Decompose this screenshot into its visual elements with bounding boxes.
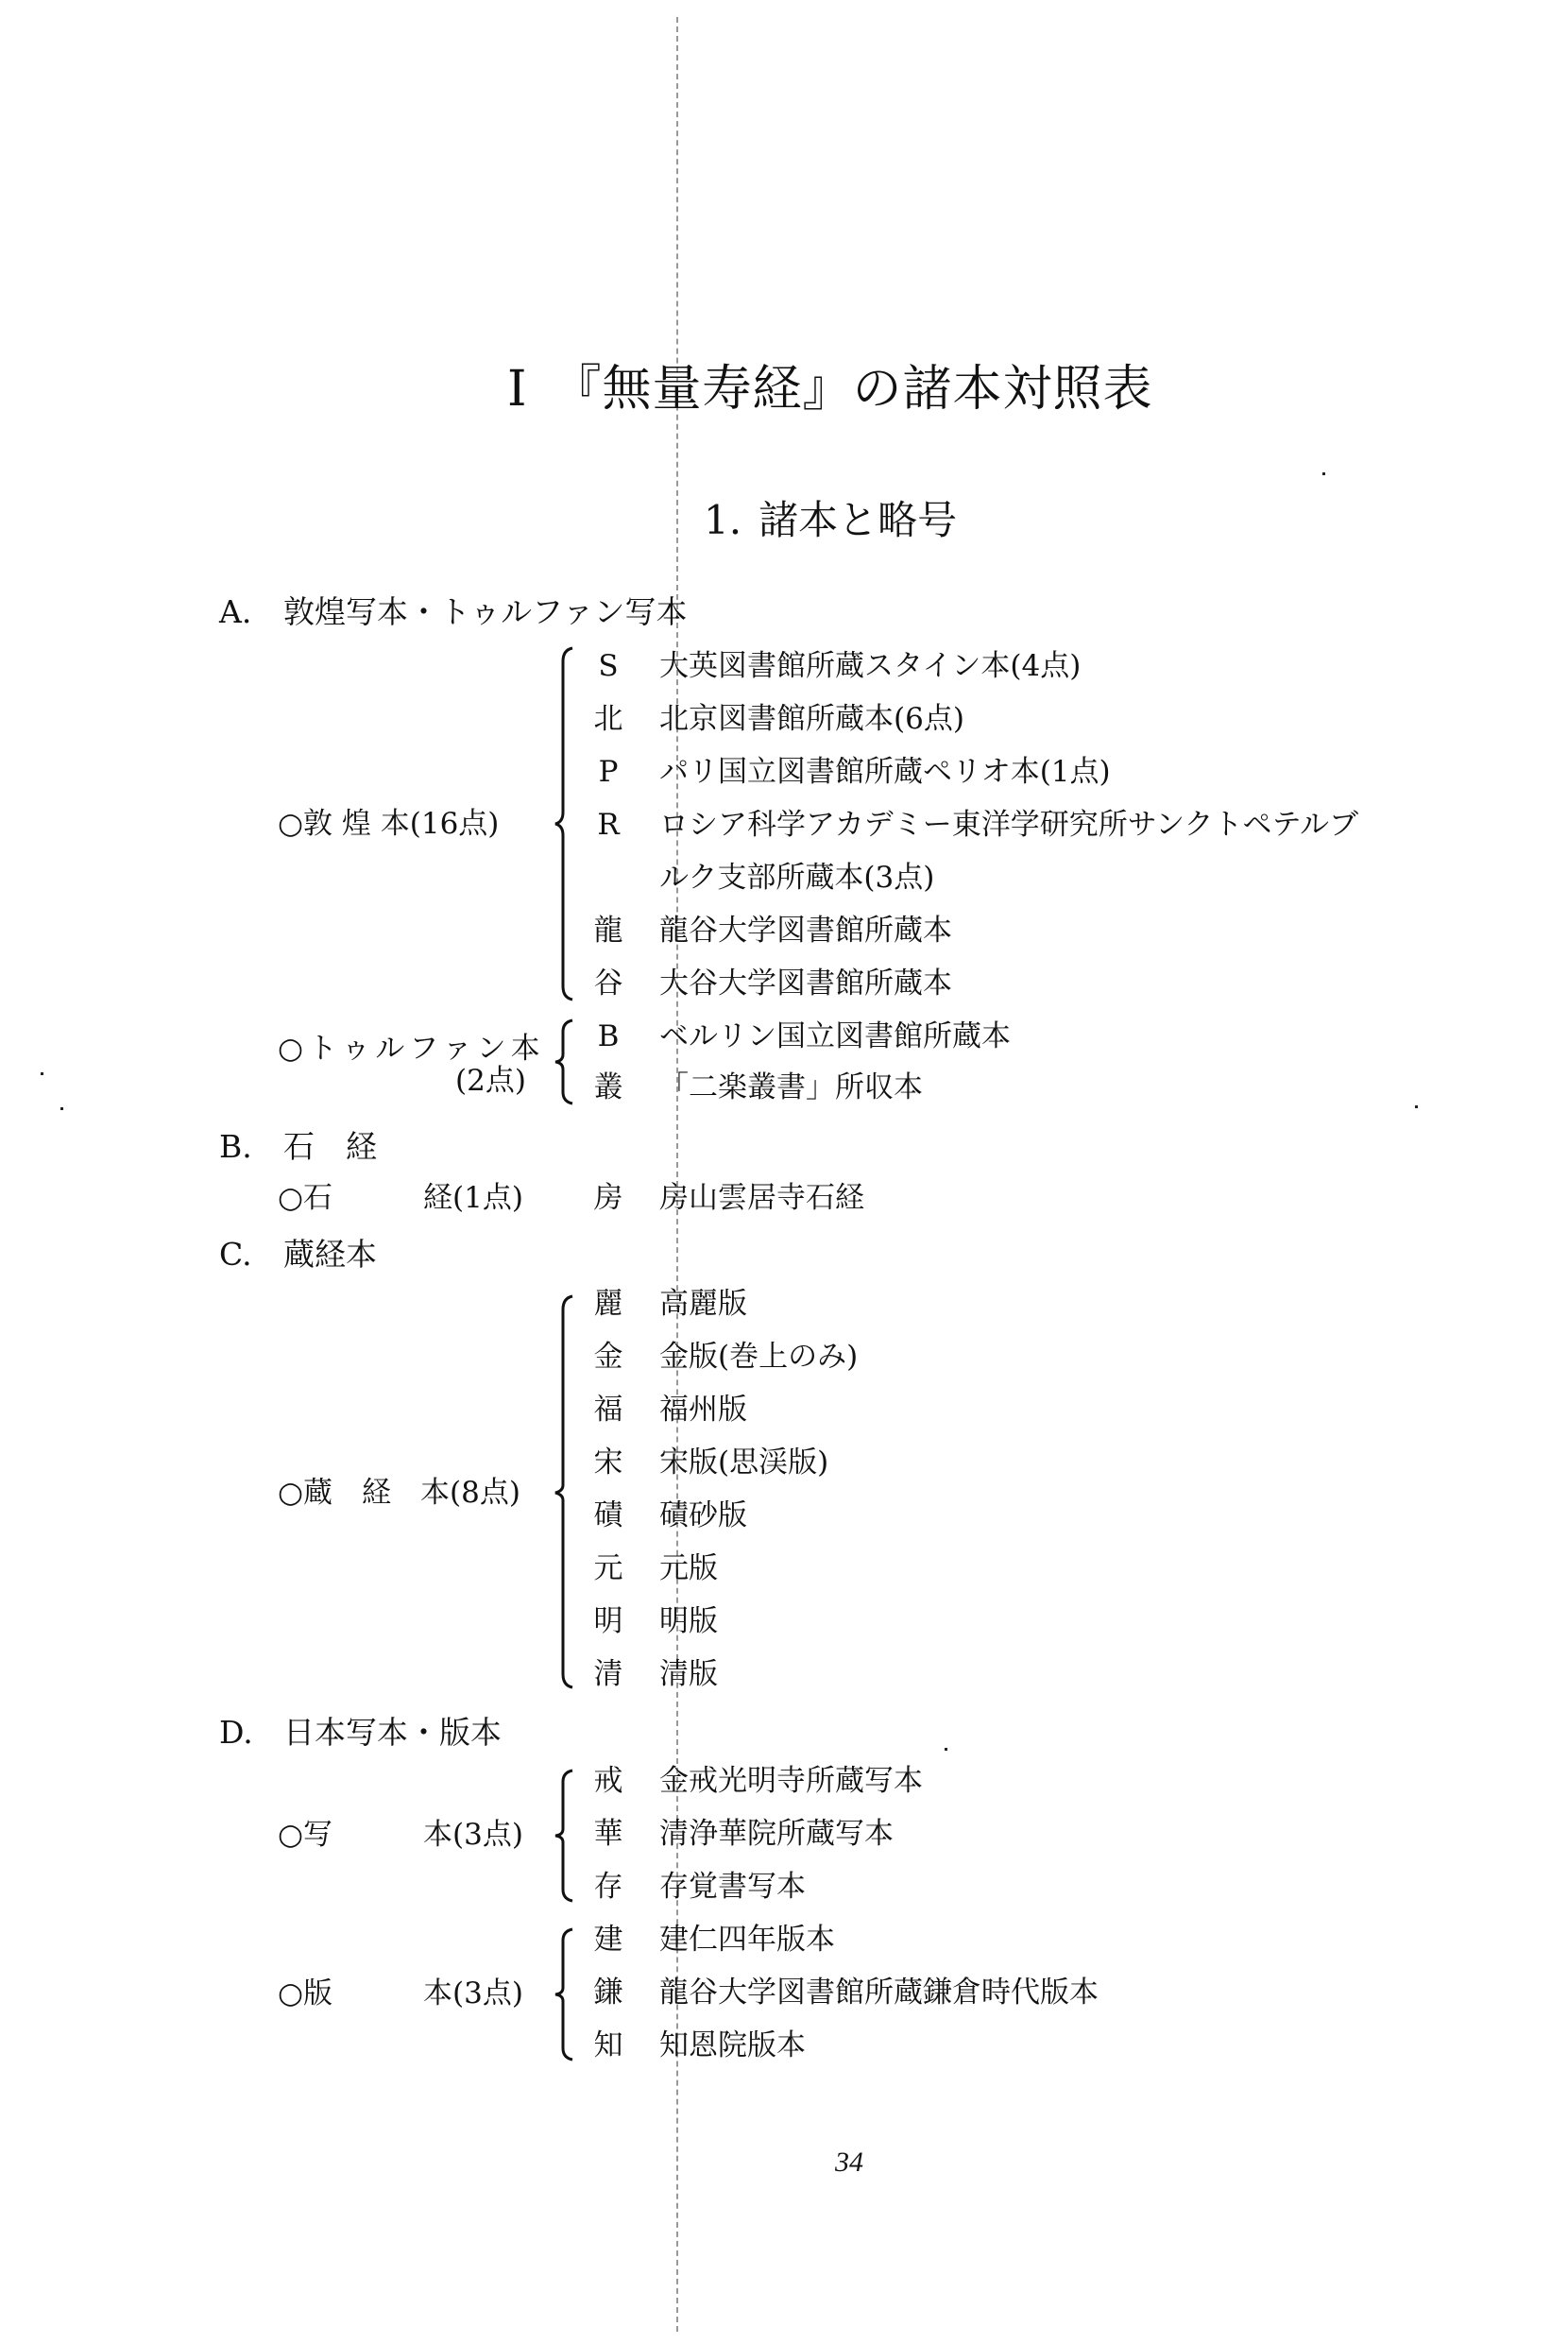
entry-code: 龍 [588,907,629,954]
entry-desc: 元版 [659,1545,718,1592]
entry-desc: ルク支部所蔵本(3点) [659,854,934,901]
curly-brace-icon [554,1018,574,1105]
group-label-canon: ○蔵 経 本(8点) [278,1474,520,1512]
entry-desc: 知恩院版本 [659,2022,806,2069]
entry-code: 谷 [588,960,629,1007]
scan-speck [60,1107,63,1110]
section-heading-text: 石 経 [283,1128,377,1165]
section-heading-c: C.蔵経本 [219,1234,377,1275]
entry-code: 知 [588,2022,629,2069]
section-letter: B. [219,1126,283,1168]
entry-code: 宋 [588,1439,629,1486]
section-subtitle: 1.諸本と略号 [704,496,957,545]
section-heading-a: A.敦煌写本・トゥルファン写本 [219,591,688,633]
scan-speck [1415,1105,1418,1108]
entry-desc: 龍谷大学図書館所蔵本 [659,907,952,954]
entry-code: 清 [588,1651,629,1698]
brace-canon [554,1294,574,1689]
scan-speck [41,1072,43,1075]
section-letter: D. [219,1712,283,1754]
section-heading-text: 敦煌写本・トゥルファン写本 [283,593,688,630]
title-text: 『無量寿経』の諸本対照表 [553,361,1153,418]
entry-code: 戒 [588,1757,629,1805]
entry-code: 房 [588,1174,629,1222]
entry-desc: 清版 [659,1651,718,1698]
entry-code: 明 [588,1598,629,1645]
section-heading-text: 日本写本・版本 [283,1714,502,1751]
entry-code: P [588,748,629,796]
title-roman-numeral: Ⅰ [507,359,528,419]
subtitle-text: 諸本と略号 [758,497,957,543]
entry-code: 華 [588,1810,629,1857]
entry-code: 建 [588,1916,629,1963]
group-label-stone-sutra: ○石 [278,1179,332,1217]
entry-code: 金 [588,1333,629,1380]
entry-code: 麗 [588,1280,629,1327]
scan-speck [945,1748,947,1751]
page-title: Ⅰ『無量寿経』の諸本対照表 [507,359,1153,419]
curly-brace-icon [554,1294,574,1689]
entry-code: 存 [588,1863,629,1910]
section-heading-d: D.日本写本・版本 [219,1712,502,1754]
entry-desc: 建仁四年版本 [659,1916,835,1963]
group-label-manuscripts-count: 本(3点) [423,1816,523,1854]
entry-desc: 大英図書館所蔵スタイン本(4点) [659,642,1081,690]
entry-code: 福 [588,1386,629,1433]
entry-desc: 宋版(思渓版) [659,1439,828,1486]
group-label-printed: ○版 [278,1975,332,2012]
entry-desc: パリ国立図書館所蔵ペリオ本(1点) [659,748,1111,796]
scan-speck [1322,472,1325,475]
entry-desc: 明版 [659,1598,718,1645]
entry-code: 磧 [588,1492,629,1539]
entry-code: 叢 [588,1064,629,1111]
group-label-manuscripts: ○写 [278,1816,332,1854]
entry-desc: 龍谷大学図書館所蔵鎌倉時代版本 [659,1969,1099,2016]
entry-desc: 金戒光明寺所蔵写本 [659,1757,923,1805]
entry-code: S [588,642,629,690]
entry-desc: ベルリン国立図書館所蔵本 [659,1013,1011,1060]
entry-desc: 高麗版 [659,1280,747,1327]
group-label-stone-sutra-count: 経(1点) [423,1179,523,1217]
section-heading-b: B.石 経 [219,1126,377,1168]
entry-desc: 福州版 [659,1386,747,1433]
entry-desc: 存覚書写本 [659,1863,806,1910]
entry-desc: ロシア科学アカデミー東洋学研究所サンクトペテルブ [659,801,1358,848]
entry-desc: 磧砂版 [659,1492,747,1539]
subtitle-number: 1. [704,497,741,543]
entry-code: R [588,801,629,848]
entry-desc: 北京図書館所蔵本(6点) [659,695,964,743]
brace-manuscripts [554,1769,574,1903]
brace-turfan [554,1018,574,1105]
brace-printed [554,1927,574,2062]
entry-desc: 金版(巻上のみ) [659,1333,858,1380]
group-label-printed-count: 本(3点) [423,1975,523,2012]
curly-brace-icon [554,1927,574,2062]
entry-code: B [588,1013,629,1060]
entry-code: 北 [588,695,629,743]
brace-dunhuang [554,646,574,1001]
entry-desc: 房山雲居寺石経 [659,1174,864,1222]
entry-code: 元 [588,1545,629,1592]
group-label-dunhuang: ○敦 煌 本(16点) [278,805,499,843]
section-letter: A. [219,591,283,633]
entry-desc: 「二楽叢書」所収本 [659,1064,923,1111]
section-letter: C. [219,1234,283,1275]
page-number: 34 [835,2147,863,2179]
entry-desc: 清浄華院所蔵写本 [659,1810,894,1857]
curly-brace-icon [554,1769,574,1903]
entry-code: 鎌 [588,1969,629,2016]
curly-brace-icon [554,646,574,1001]
entry-desc: 大谷大学図書館所蔵本 [659,960,952,1007]
group-label-turfan-count: (2点) [455,1062,526,1100]
section-heading-text: 蔵経本 [283,1236,377,1273]
